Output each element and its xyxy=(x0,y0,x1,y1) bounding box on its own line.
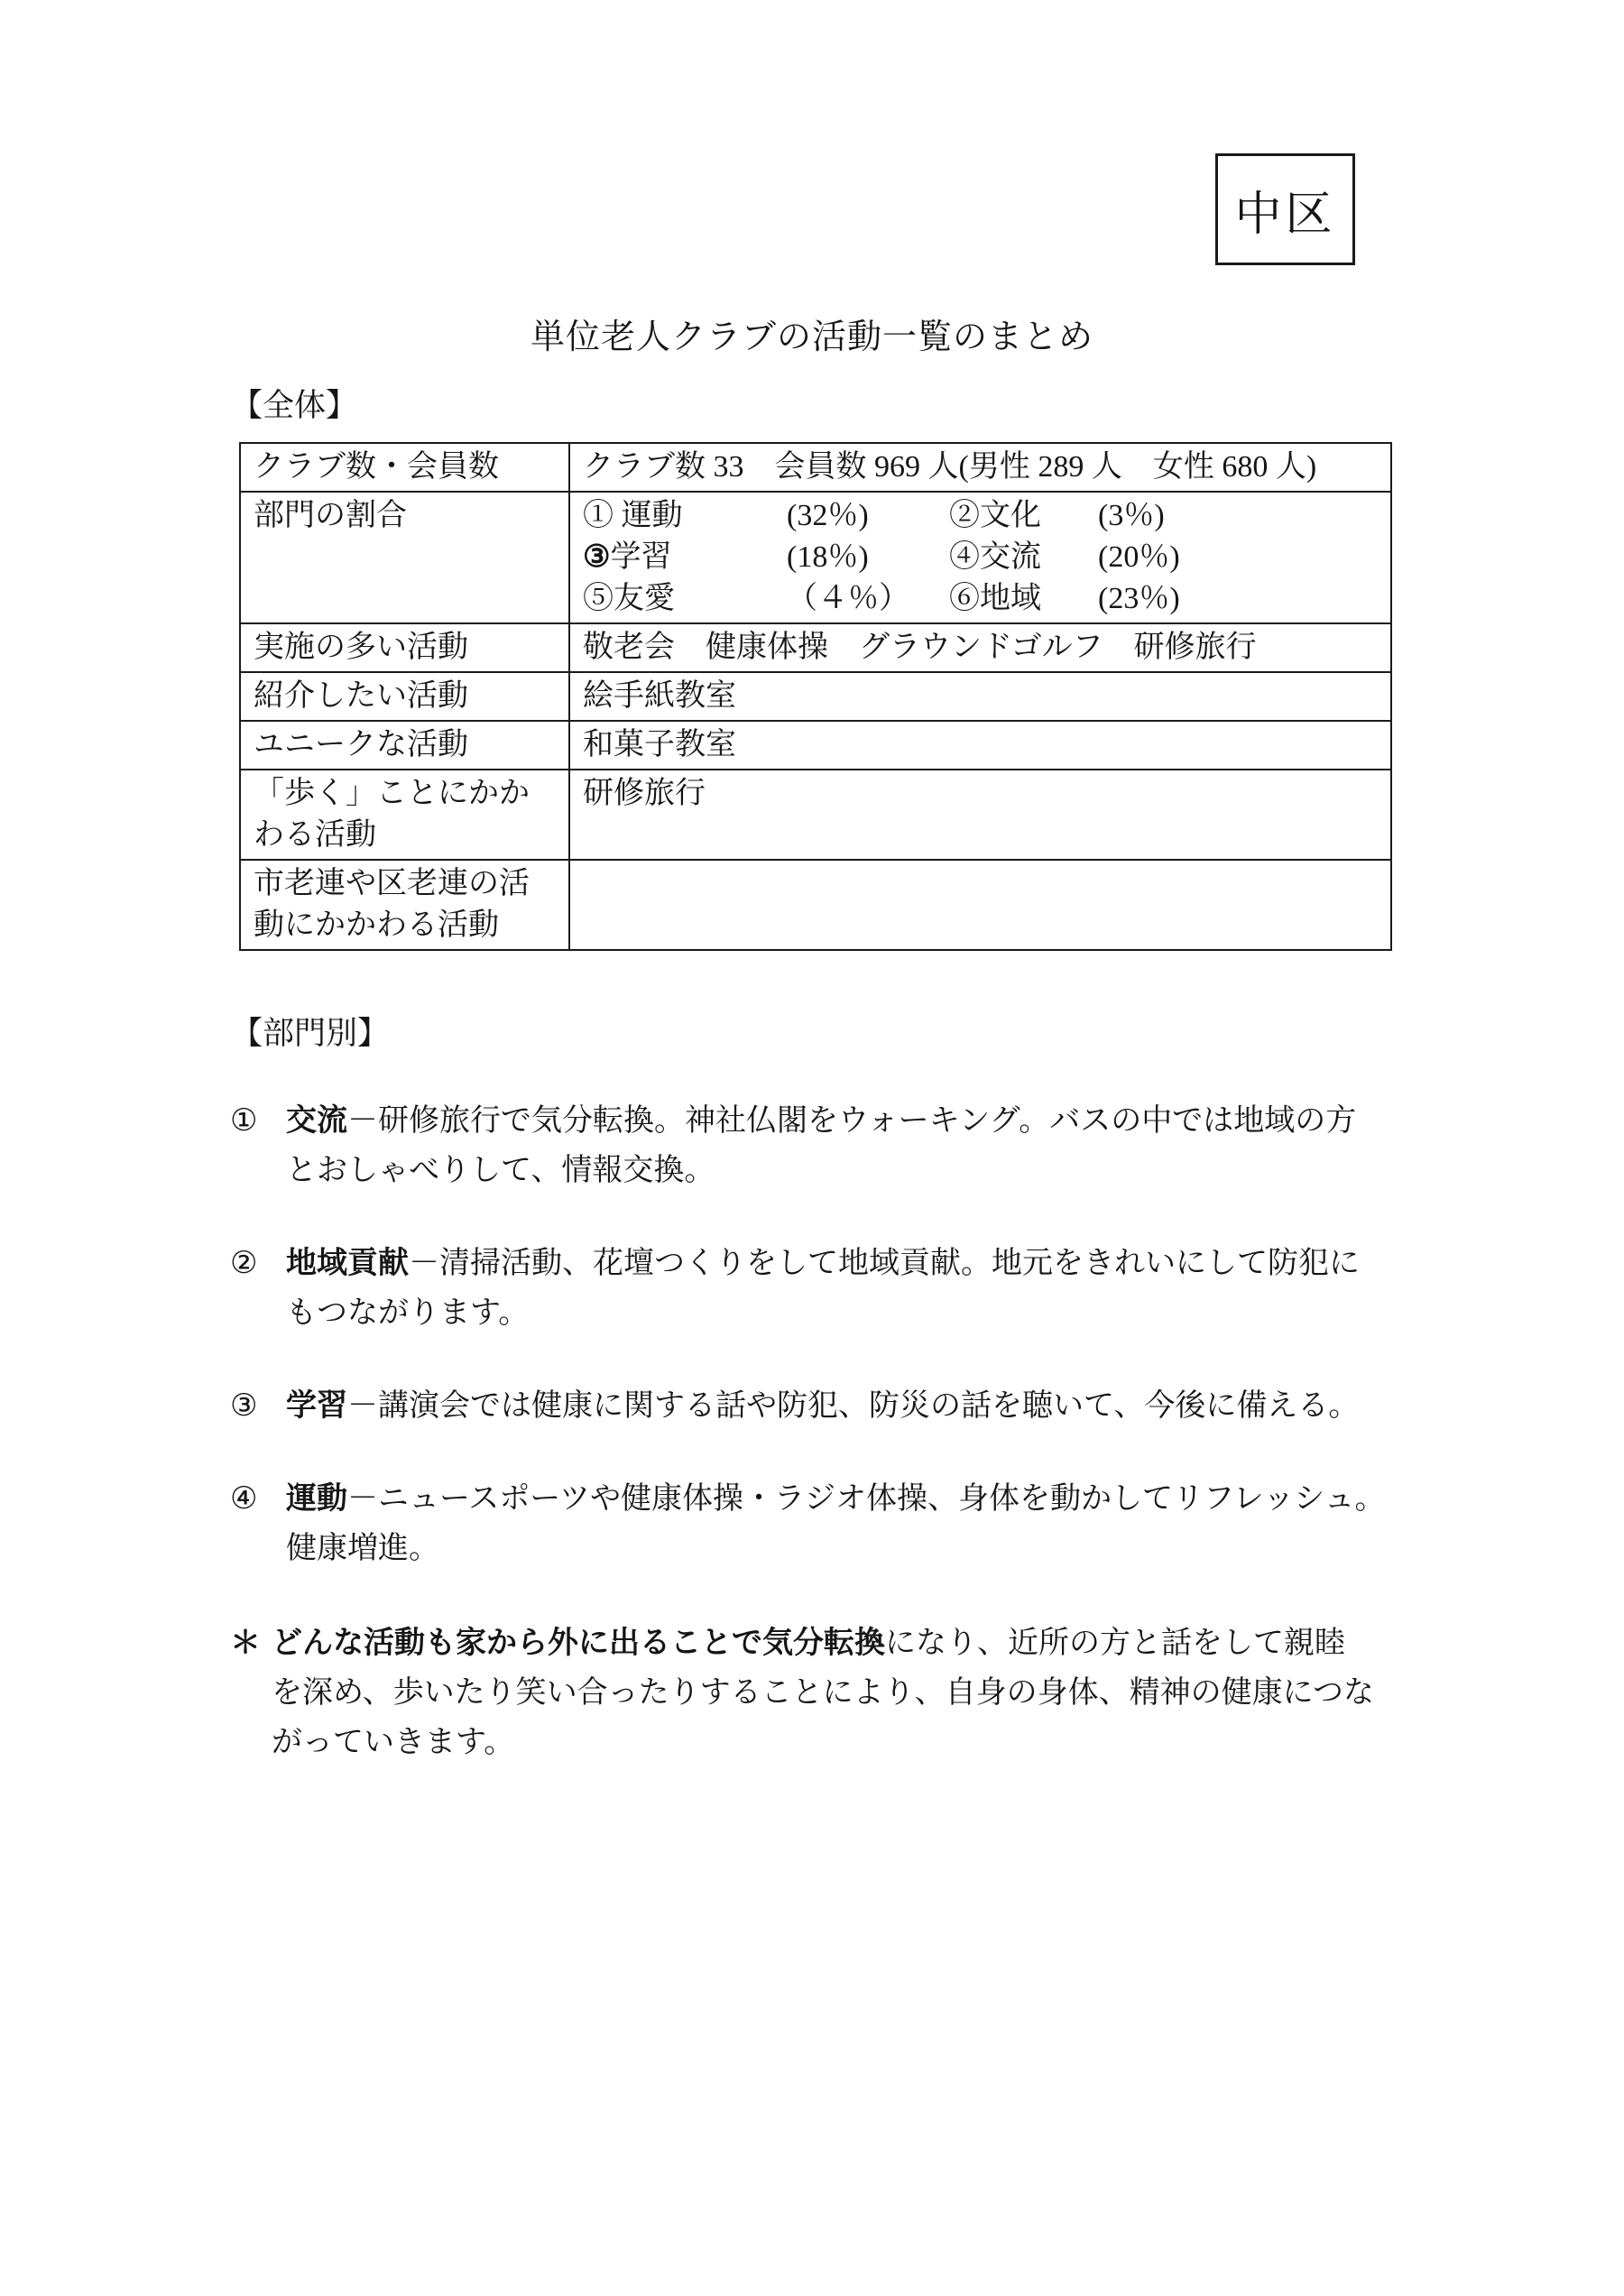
dept-body: －研修旅行で気分転換。神社仏閣をウォーキング。バスの中では地域の方 とおしゃべり… xyxy=(286,1104,1356,1187)
share-num-bold: ③ xyxy=(583,540,610,574)
circled-number: ③ xyxy=(230,1381,257,1431)
dept-body: －ニュースポーツや健康体操・ラジオ体操、身体を動かしてリフレッシュ。 健康増進。 xyxy=(286,1482,1386,1565)
share-cell: （４％） xyxy=(787,578,949,620)
row-value-club-count: クラブ数 33 会員数 969 人(男性 289 人 女性 680 人) xyxy=(569,443,1391,492)
summary-table: クラブ数・会員数 クラブ数 33 会員数 969 人(男性 289 人 女性 6… xyxy=(239,442,1392,951)
row-value-federation xyxy=(569,860,1391,950)
share-cell-text: 学習 xyxy=(610,540,671,574)
dept-term: 地域貢献 xyxy=(286,1247,409,1280)
circled-number: ② xyxy=(230,1239,257,1288)
share-line-3: ⑤友愛 （４％） ⑥地域 (23％) xyxy=(583,578,1378,620)
page-title: 単位老人クラブの活動一覧のまとめ xyxy=(0,0,1624,363)
row-label-club-count: クラブ数・会員数 xyxy=(240,443,569,492)
dept-body: －講演会では健康に関する話や防犯、防災の話を聴いて、今後に備える。 xyxy=(347,1389,1359,1423)
share-cell: (3％) xyxy=(1098,495,1378,537)
section-heading-overall: 【全体】 xyxy=(231,381,1624,430)
row-value-unique: 和菓子教室 xyxy=(569,721,1391,770)
share-cell: ②文化 xyxy=(949,495,1098,537)
share-line-1: ① 運動 (32％) ②文化 (3％) xyxy=(583,495,1378,537)
table-row: クラブ数・会員数 クラブ数 33 会員数 969 人(男性 289 人 女性 6… xyxy=(240,443,1391,492)
share-cell: ⑤友愛 xyxy=(583,578,787,620)
document-page: 中区 単位老人クラブの活動一覧のまとめ 【全体】 クラブ数・会員数 クラブ数 3… xyxy=(0,0,1624,2296)
row-label-walking: 「歩く」ことにかか わる活動 xyxy=(240,770,569,860)
section-heading-departments: 【部門別】 xyxy=(231,1009,1624,1058)
share-line-2: ③学習 (18％) ④交流 (20％) xyxy=(583,537,1378,578)
share-cell: (23％) xyxy=(1098,578,1378,620)
row-value-frequent: 敬老会 健康体操 グラウンドゴルフ 研修旅行 xyxy=(569,623,1391,672)
share-cell: ⑥地域 xyxy=(949,578,1098,620)
row-label-share: 部門の割合 xyxy=(240,492,569,623)
share-cell: ① 運動 xyxy=(583,495,787,537)
asterisk-marker: ＊ xyxy=(230,1618,261,1668)
ward-label-box: 中区 xyxy=(1215,153,1355,265)
table-row: 「歩く」ことにかか わる活動 研修旅行 xyxy=(240,770,1391,860)
dept-item-community: ②地域貢献－清掃活動、花壇つくりをして地域貢献。地元をきれいにして防犯に もつな… xyxy=(230,1239,1457,1338)
row-value-share: ① 運動 (32％) ②文化 (3％) ③学習 (18％) ④交流 (20％) … xyxy=(569,492,1391,623)
circled-number: ① xyxy=(230,1096,257,1146)
closing-note: ＊どんな活動も家から外に出ることで気分転換になり、近所の方と話をして親睦 を深め… xyxy=(230,1618,1475,1767)
row-label-unique: ユニークな活動 xyxy=(240,721,569,770)
dept-body: －清掃活動、花壇つくりをして地域貢献。地元をきれいにして防犯に もつながります。 xyxy=(286,1247,1360,1330)
dept-term: 学習 xyxy=(286,1389,347,1423)
dept-term: 運動 xyxy=(286,1482,347,1516)
dept-item-exchange: ①交流－研修旅行で気分転換。神社仏閣をウォーキング。バスの中では地域の方 とおし… xyxy=(230,1096,1457,1195)
row-value-walking: 研修旅行 xyxy=(569,770,1391,860)
row-label-federation: 市老連や区老連の活 動にかかわる活動 xyxy=(240,860,569,950)
share-cell: (18％) xyxy=(787,537,949,578)
share-cell: (32％) xyxy=(787,495,949,537)
note-bold-text: どんな活動も家から外に出ることで気分転換 xyxy=(272,1627,885,1660)
dept-item-exercise: ④運動－ニュースポーツや健康体操・ラジオ体操、身体を動かしてリフレッシュ。 健康… xyxy=(230,1474,1457,1573)
table-row: 実施の多い活動 敬老会 健康体操 グラウンドゴルフ 研修旅行 xyxy=(240,623,1391,672)
dept-term: 交流 xyxy=(286,1104,347,1138)
dept-item-learning: ③学習－講演会では健康に関する話や防犯、防災の話を聴いて、今後に備える。 xyxy=(230,1381,1457,1431)
row-value-introduce: 絵手紙教室 xyxy=(569,672,1391,721)
ward-label: 中区 xyxy=(1234,176,1335,244)
table-row: 紹介したい活動 絵手紙教室 xyxy=(240,672,1391,721)
share-cell: ④交流 xyxy=(949,537,1098,578)
share-cell: (20％) xyxy=(1098,537,1378,578)
table-row: ユニークな活動 和菓子教室 xyxy=(240,721,1391,770)
table-row: 市老連や区老連の活 動にかかわる活動 xyxy=(240,860,1391,950)
table-row: 部門の割合 ① 運動 (32％) ②文化 (3％) ③学習 (18％) ④交流 … xyxy=(240,492,1391,623)
circled-number: ④ xyxy=(230,1474,257,1524)
row-label-introduce: 紹介したい活動 xyxy=(240,672,569,721)
row-label-frequent: 実施の多い活動 xyxy=(240,623,569,672)
share-cell: ③学習 xyxy=(583,537,787,578)
